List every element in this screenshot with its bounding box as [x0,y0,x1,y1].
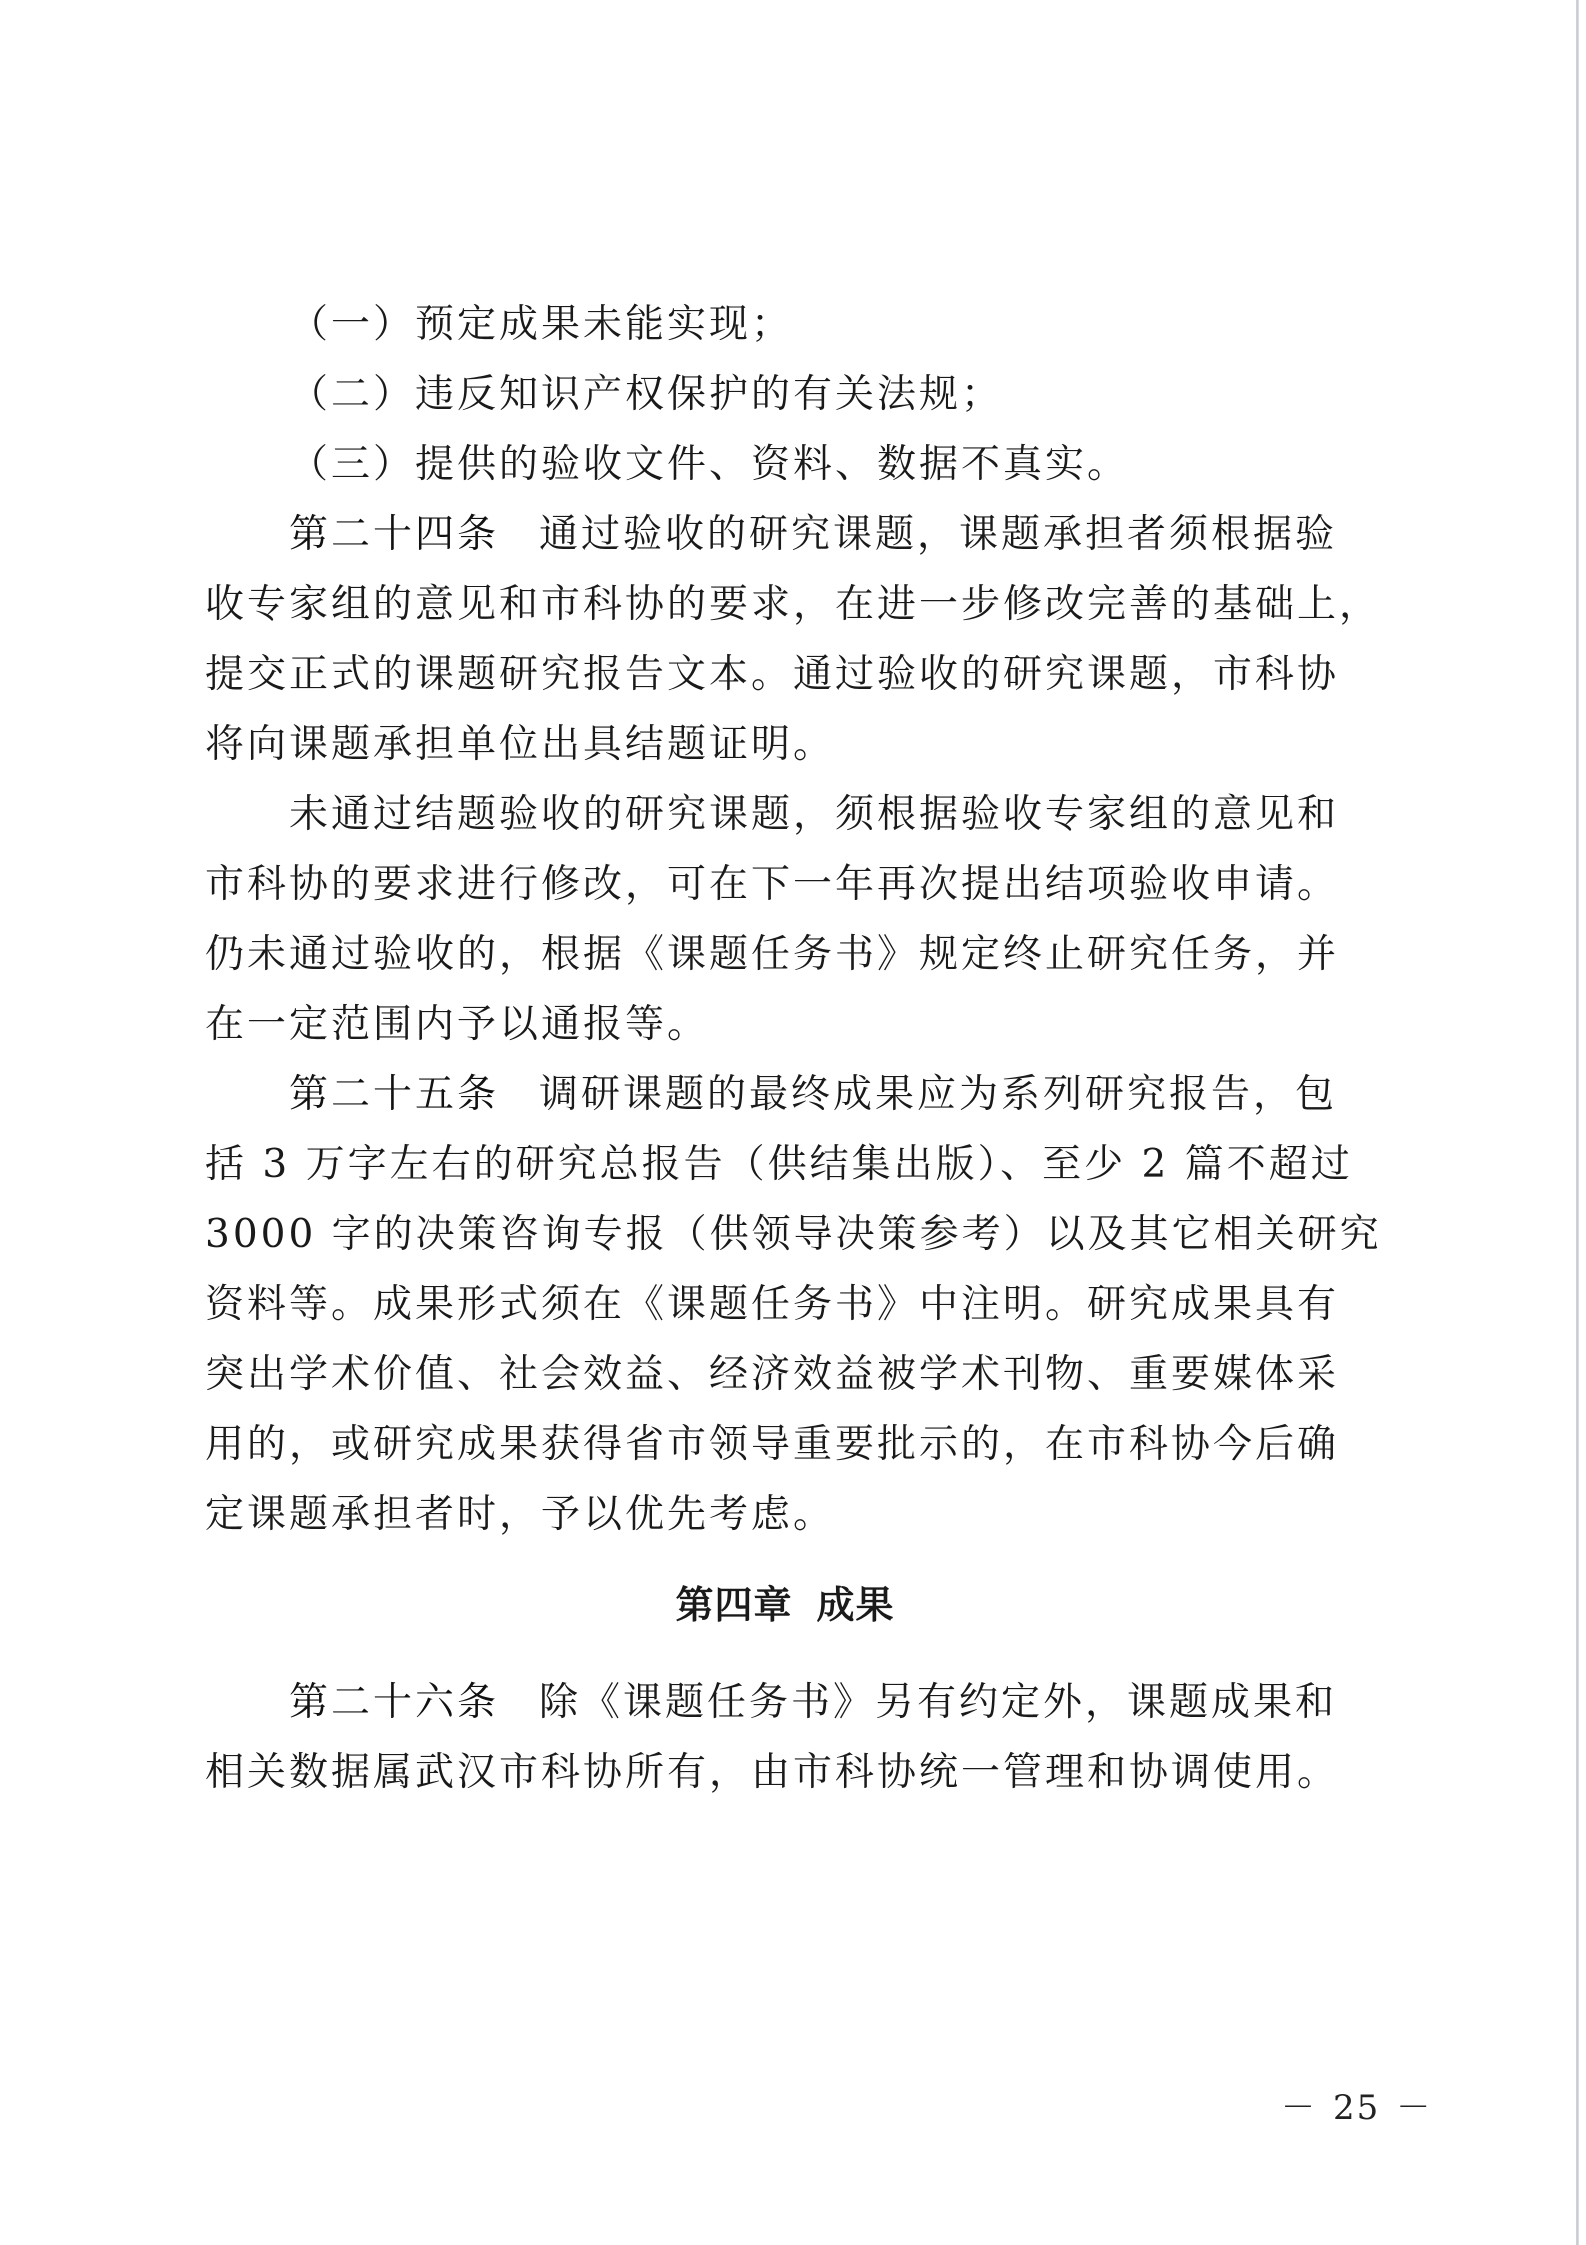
paragraph-line: 定课题承担者时，予以优先考虑。 [205,1480,1385,1550]
page-number-dash-left: － [1281,2080,1317,2129]
document-page: （一）预定成果未能实现； （二）违反知识产权保护的有关法规； （三）提供的验收文… [0,0,1586,2245]
article-label: 第二十六条 [289,1680,499,1725]
paragraph-line: 仍未通过验收的，根据《课题任务书》规定终止研究任务，并 [205,920,1385,990]
paragraph-line: 收专家组的意见和市科协的要求，在进一步修改完善的基础上， [205,570,1385,640]
paragraph-text: 除《课题任务书》另有约定外，课题成果和 [539,1680,1337,1725]
list-item-text: 违反知识产权保护的有关法规； [415,372,1003,417]
paragraph-line: 突出学术价值、社会效益、经济效益被学术刊物、重要媒体采 [205,1340,1385,1410]
paragraph-line: 3000 字的决策咨询专报（供领导决策参考）以及其它相关研究 [205,1200,1385,1270]
paragraph-line: 资料等。成果形式须在《课题任务书》中注明。研究成果具有 [205,1270,1385,1340]
list-item: （二）违反知识产权保护的有关法规； [205,360,1385,430]
article-label: 第二十五条 [289,1072,499,1117]
chapter-number: 第四章 [675,1583,792,1627]
article-label: 第二十四条 [289,512,499,557]
list-item-label: （一） [289,302,415,347]
paragraph-text: 通过验收的研究课题，课题承担者须根据验 [539,512,1337,557]
chapter-title: 成果 [817,1583,895,1627]
page-number: －25－ [1265,2080,1448,2129]
scan-edge [1576,0,1579,2245]
list-item: （一）预定成果未能实现； [205,290,1385,360]
list-item-text: 预定成果未能实现； [415,302,793,347]
document-body: （一）预定成果未能实现； （二）违反知识产权保护的有关法规； （三）提供的验收文… [205,290,1385,1808]
list-item-text: 提供的验收文件、资料、数据不真实。 [415,442,1129,487]
paragraph-line: 在一定范围内予以通报等。 [205,990,1385,1060]
paragraph-line: 市科协的要求进行修改，可在下一年再次提出结项验收申请。 [205,850,1385,920]
page-number-value: 25 [1333,2088,1380,2128]
list-item: （三）提供的验收文件、资料、数据不真实。 [205,430,1385,500]
paragraph-line: 未通过结题验收的研究课题，须根据验收专家组的意见和 [205,780,1385,850]
chapter-heading: 第四章成果 [205,1570,1385,1640]
paragraph-text: 调研课题的最终成果应为系列研究报告，包 [539,1072,1337,1117]
article-26-line: 第二十六条除《课题任务书》另有约定外，课题成果和 [205,1668,1385,1738]
paragraph-line: 提交正式的课题研究报告文本。通过验收的研究课题，市科协 [205,640,1385,710]
paragraph-line: 用的，或研究成果获得省市领导重要批示的，在市科协今后确 [205,1410,1385,1480]
paragraph-line: 相关数据属武汉市科协所有，由市科协统一管理和协调使用。 [205,1738,1385,1808]
paragraph-line: 将向课题承担单位出具结题证明。 [205,710,1385,780]
list-item-label: （二） [289,372,415,417]
article-24-line: 第二十四条通过验收的研究课题，课题承担者须根据验 [205,500,1385,570]
article-25-line: 第二十五条调研课题的最终成果应为系列研究报告，包 [205,1060,1385,1130]
list-item-label: （三） [289,442,415,487]
paragraph-line: 括 3 万字左右的研究总报告（供结集出版）、至少 2 篇不超过 [205,1130,1385,1200]
page-number-dash-right: － [1396,2080,1432,2129]
